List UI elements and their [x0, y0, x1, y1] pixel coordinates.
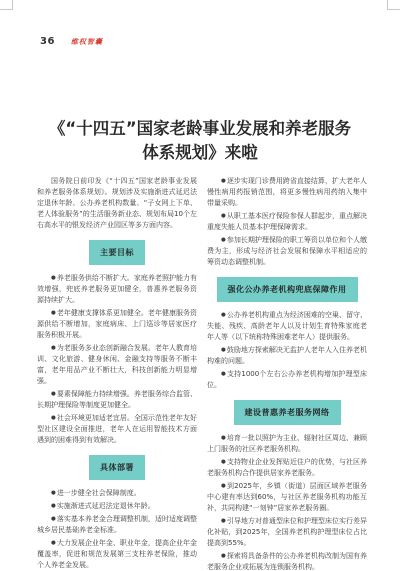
bullet-item: ●公办养老机构重点为经济困难的空巢、留守、失能、残疾、高龄老年人以及计划生育特殊… [207, 310, 367, 343]
section-heading-box: 强化公办养老机构兜底保障作用 [217, 277, 358, 302]
section-heading-box: 主要目标 [89, 240, 145, 265]
bullet-dot-icon: ● [51, 345, 56, 351]
bullet-dot-icon: ● [221, 312, 226, 318]
bullet-dot-icon: ● [221, 371, 226, 377]
bullet-dot-icon: ● [51, 415, 56, 421]
bullet-dot-icon: ● [51, 490, 56, 496]
paragraph-text: 到2025年，乡镇（街道）层面区域养老服务中心建有率达到60%，与社区养老服务机… [207, 482, 367, 512]
bullet-item: ●大力发展企业年金、职业年金，提高企业年金覆盖率，促进和规范发展第三支柱养老保险… [37, 538, 197, 571]
paragraph-text: 老年健康支撑体系更加健全。老年健康服务资源供给不断增加，家庭病床、上门巡诊等居家… [37, 309, 197, 339]
page-header: 36 维权智囊 [40, 36, 360, 47]
bullet-dot-icon: ● [221, 518, 226, 524]
paragraph-text: 进一步健全社会保障制度。 [57, 489, 141, 497]
bullet-item: ●要素保障能力持续增强。养老服务综合监管、长期护理保险等制度更加健全。 [37, 389, 197, 411]
right-column: ●逐步实现门诊费用跨省直接结算，扩大老年人慢性病用药报销范围，将更多慢性病用药纳… [207, 176, 367, 571]
paragraph-text: 支持物业企业发挥贴近住户的优势，与社区养老服务机构合作提供居家养老服务。 [207, 458, 367, 477]
paragraph-text: 为老服务多业态创新融合发展。老年人教育培训、文化旅游、健身休闲、金融支持等服务不… [37, 344, 197, 385]
bullet-item: ●社会环境更加适老宜居。全国示范性老年友好型社区建设全面推进，老年人在运用智能技… [37, 413, 197, 446]
magazine-page: 36 维权智囊 《“十四五”国家老龄事业发展和养老服务体系规划》来啦 国务院日前… [0, 0, 400, 571]
bullet-item: ●落实基本养老金合理调整机制，适时适度调整城乡居民基础养老金标准。 [37, 514, 197, 536]
bullet-dot-icon: ● [221, 237, 226, 243]
bullet-dot-icon: ● [221, 178, 226, 184]
paragraph-text: 落实基本养老金合理调整机制，适时适度调整城乡居民基础养老金标准。 [37, 515, 197, 534]
bullet-item: ●逐步实现门诊费用跨省直接结算，扩大老年人慢性病用药报销范围，将更多慢性病用药纳… [207, 176, 367, 209]
page-number: 36 [40, 36, 55, 47]
bullet-dot-icon: ● [51, 503, 56, 509]
paragraph-text: 探索将具备条件的公办养老机构改制为国有养老服务企业或拓展为连锁服务机构。 [207, 552, 367, 571]
article-title-line2: 体系规划》来啦 [142, 143, 258, 162]
paragraph-text: 大力发展企业年金、职业年金，提高企业年金覆盖率，促进和规范发展第三支柱养老保险，… [37, 539, 197, 569]
article-title: 《“十四五”国家老龄事业发展和养老服务体系规划》来啦 [20, 117, 380, 165]
bullet-dot-icon: ● [221, 347, 226, 353]
left-column: 国务院日前印发《“十四五”国家老龄事业发展和养老服务体系规划》。规划涉及实施渐进… [37, 176, 197, 571]
paragraph-text: 实施渐进式延迟法定退休年龄。 [57, 502, 155, 510]
bullet-item: ●从职工基本医疗保险参保人群起步，重点解决重度失能人员基本护理保障需求。 [207, 211, 367, 233]
bullet-item: ●探索将具备条件的公办养老机构改制为国有养老服务企业或拓展为连锁服务机构。 [207, 551, 367, 571]
bullet-item: ●为老服务多业态创新融合发展。老年人教育培训、文化旅游、健身休闲、金融支持等服务… [37, 343, 197, 387]
bullet-dot-icon: ● [221, 553, 226, 559]
bullet-dot-icon: ● [51, 391, 56, 397]
paragraph-text: 支持1000个左右公办养老机构增加护理型床位。 [207, 370, 367, 389]
section-heading-box: 建设普惠养老服务网络 [234, 400, 341, 425]
paragraph-text: 公办养老机构重点为经济困难的空巢、留守、失能、残疾、高龄老年人以及计划生育特殊家… [207, 311, 367, 341]
paragraph-text: 养老服务供给不断扩大。家庭养老照护能力有效增强，兜底养老服务更加健全，普惠养老服… [37, 274, 197, 304]
paragraph-text: 逐步实现门诊费用跨省直接结算，扩大老年人慢性病用药报销范围，将更多慢性病用药纳入… [207, 177, 367, 207]
paragraph-text: 引导地方对普通型床位和护理型床位实行差异化补贴，到2025年，全国养老机构护理型… [207, 517, 367, 547]
bullet-dot-icon: ● [221, 483, 226, 489]
paragraph-text: 要素保障能力持续增强。养老服务综合监管、长期护理保险等制度更加健全。 [37, 390, 197, 409]
bullet-dot-icon: ● [51, 516, 56, 522]
bullet-item: ●培育一批以照护为主业、辐射社区周边、兼顾上门服务的社区养老服务机构。 [207, 433, 367, 455]
column-label: 维权智囊 [71, 37, 103, 47]
bullet-item: ●支持物业企业发挥贴近住户的优势，与社区养老服务机构合作提供居家养老服务。 [207, 457, 367, 479]
bullet-dot-icon: ● [221, 435, 226, 441]
bullet-item: ●实施渐进式延迟法定退休年龄。 [37, 501, 197, 512]
paragraph-text: 从职工基本医疗保险参保人群起步，重点解决重度失能人员基本护理保障需求。 [207, 212, 367, 231]
bullet-item: ●支持1000个左右公办养老机构增加护理型床位。 [207, 369, 367, 391]
paragraph-text: 参加长期护理保险的职工筹资以单位和个人缴费为主，形成与经济社会发展和保障水平相适… [207, 236, 367, 266]
bullet-item: ●到2025年，乡镇（街道）层面区域养老服务中心建有率达到60%，与社区养老服务… [207, 481, 367, 514]
article-title-line1: 《“十四五”国家老龄事业发展和养老服务 [49, 119, 351, 138]
bullet-item: ●引导地方对普通型床位和护理型床位实行差异化补贴，到2025年，全国养老机构护理… [207, 516, 367, 549]
bullet-item: ●老年健康支撑体系更加健全。老年健康服务资源供给不断增加，家庭病床、上门巡诊等居… [37, 308, 197, 341]
intro-paragraph: 国务院日前印发《“十四五”国家老龄事业发展和养老服务体系规划》。规划涉及实施渐进… [37, 176, 197, 231]
bullet-item: ●鼓励地方探索解决无监护人老年人入住养老机构难的问题。 [207, 345, 367, 367]
paragraph-text: 社会环境更加适老宜居。全国示范性老年友好型社区建设全面推进，老年人在运用智能技术… [37, 414, 197, 444]
article-body: 国务院日前印发《“十四五”国家老龄事业发展和养老服务体系规划》。规划涉及实施渐进… [37, 176, 367, 571]
paragraph-text: 鼓励地方探索解决无监护人老年人入住养老机构难的问题。 [207, 346, 367, 365]
bullet-item: ●进一步健全社会保障制度。 [37, 488, 197, 499]
bullet-item: ●养老服务供给不断扩大。家庭养老照护能力有效增强，兜底养老服务更加健全，普惠养老… [37, 273, 197, 306]
crop-mark-top-right-icon [387, 0, 400, 10]
bullet-dot-icon: ● [221, 213, 226, 219]
crop-mark-top-left-icon [0, 0, 13, 10]
bullet-dot-icon: ● [51, 310, 56, 316]
paragraph-text: 培育一批以照护为主业、辐射社区周边、兼顾上门服务的社区养老服务机构。 [207, 434, 367, 453]
bullet-dot-icon: ● [51, 540, 56, 546]
bullet-dot-icon: ● [51, 275, 56, 281]
section-heading-box: 具体部署 [89, 455, 145, 480]
paragraph-text: 国务院日前印发《“十四五”国家老龄事业发展和养老服务体系规划》。规划涉及实施渐进… [37, 177, 197, 229]
bullet-item: ●参加长期护理保险的职工筹资以单位和个人缴费为主，形成与经济社会发展和保障水平相… [207, 235, 367, 268]
bullet-dot-icon: ● [221, 459, 226, 465]
